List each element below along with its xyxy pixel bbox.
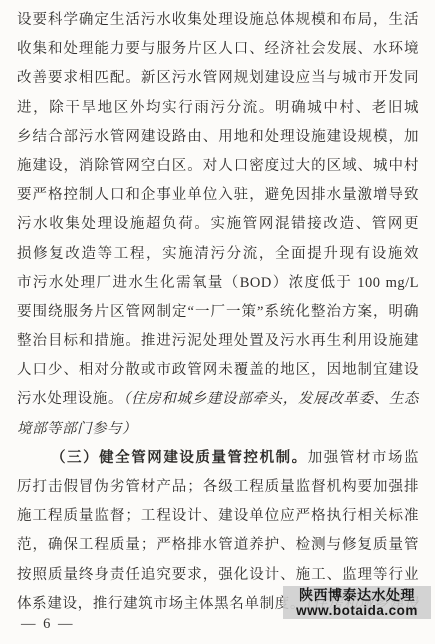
text-line: 市污水处理厂进水生化需氧量（BOD）浓度低于 100 mg/L 的， xyxy=(17,269,419,298)
text-line: 要围绕服务片区管网制定“一厂一策”系统化整治方案，明确 xyxy=(17,298,419,327)
watermark-overlay: 陕西博泰达水处理 www.botaida.com xyxy=(283,586,431,619)
text-line: 乡结合部污水管网建设路由、用地和处理设施建设规模，加快设 xyxy=(17,123,419,152)
text-segment: 乡结合部污水管网建设路由、用地和处理设施建设规模，加快设 xyxy=(17,129,419,152)
text-line: 污水处理设施。（住房和城乡建设部牵头，发展改革委、生态环 xyxy=(17,385,419,414)
text-segment: 收集和处理能力要与服务片区人口、经济社会发展、水环境质量 xyxy=(17,41,419,64)
text-segment: 污水收集处理设施超负荷。实施管网混错接改造、管网更新、破 xyxy=(17,216,419,239)
text-segment: 范，确保工程质量；严格排水管道养护、检测与修复质量管理。 xyxy=(17,537,419,560)
text-line: 要严格控制人口和企事业单位入驻，避免因排水量激增导致现有 xyxy=(17,181,419,210)
text-segment: 市污水处理厂进水生化需氧量（BOD）浓度低于 100 mg/L 的， xyxy=(17,275,419,298)
text-line: 范，确保工程质量；严格排水管道养护、检测与修复质量管理。 xyxy=(17,531,419,560)
text-segment: 境部等部门参与） xyxy=(17,421,137,437)
watermark-url: www.botaida.com xyxy=(283,603,431,619)
text-segment: 施建设，消除管网空白区。对人口密度过大的区域、城中村等， xyxy=(17,158,419,181)
text-line: 污水收集处理设施超负荷。实施管网混错接改造、管网更新、破 xyxy=(17,210,419,239)
text-segment: （三）健全管网建设质量管控机制。 xyxy=(51,450,308,466)
text-line: 厉打击假冒伪劣管材产品；各级工程质量监督机构要加强排水设 xyxy=(17,473,419,502)
text-line: 改善要求相匹配。新区污水管网规划建设应当与城市开发同步推 xyxy=(17,64,419,93)
text-segment: 人口少、相对分散或市政管网未覆盖的地区，因地制宜建设分散 xyxy=(17,362,419,385)
text-line: 进，除干旱地区外均实行雨污分流。明确城中村、老旧城区、城 xyxy=(17,94,419,123)
text-line: 收集和处理能力要与服务片区人口、经济社会发展、水环境质量 xyxy=(17,35,419,64)
page-number: — 6 — xyxy=(21,616,75,633)
document-page: 设要科学确定生活污水收集处理设施总体规模和布局，生活污水收集和处理能力要与服务片… xyxy=(0,0,435,644)
text-segment: 施工程质量监督；工程设计、建设单位应严格执行相关标准规 xyxy=(17,508,419,531)
text-line: （三）健全管网建设质量管控机制。加强管材市场监管，严 xyxy=(17,444,419,473)
text-line: 施工程质量监督；工程设计、建设单位应严格执行相关标准规 xyxy=(17,502,419,531)
text-segment: 改善要求相匹配。新区污水管网规划建设应当与城市开发同步推 xyxy=(17,70,419,93)
text-line: 施建设，消除管网空白区。对人口密度过大的区域、城中村等， xyxy=(17,152,419,181)
text-segment: 要严格控制人口和企事业单位入驻，避免因排水量激增导致现有 xyxy=(17,187,419,210)
text-segment: 整治目标和措施。推进污泥处理处置及污水再生利用设施建设。 xyxy=(17,333,419,356)
text-line: 境部等部门参与） xyxy=(17,415,419,444)
text-segment: 进，除干旱地区外均实行雨污分流。明确城中村、老旧城区、城 xyxy=(17,100,419,123)
text-segment: 设要科学确定生活污水收集处理设施总体规模和布局，生活污水 xyxy=(17,12,419,35)
text-line: 人口少、相对分散或市政管网未覆盖的地区，因地制宜建设分散 xyxy=(17,356,419,385)
text-segment: 污水处理设施。 xyxy=(17,391,123,407)
text-segment: 要围绕服务片区管网制定“一厂一策”系统化整治方案，明确 xyxy=(17,304,419,320)
text-line: 损修复改造等工程，实施清污分流，全面提升现有设施效能。城 xyxy=(17,240,419,269)
document-text: 设要科学确定生活污水收集处理设施总体规模和布局，生活污水收集和处理能力要与服务片… xyxy=(17,6,419,619)
text-segment: 损修复改造等工程，实施清污分流，全面提升现有设施效能。城 xyxy=(17,246,419,269)
text-line: 设要科学确定生活污水收集处理设施总体规模和布局，生活污水 xyxy=(17,6,419,35)
watermark-company-name: 陕西博泰达水处理 xyxy=(283,587,431,603)
text-segment: 厉打击假冒伪劣管材产品；各级工程质量监督机构要加强排水设 xyxy=(17,479,419,502)
text-line: 整治目标和措施。推进污泥处理处置及污水再生利用设施建设。 xyxy=(17,327,419,356)
text-segment: 体系建设，推行建筑市场主体黑名单制度。 xyxy=(17,596,305,612)
